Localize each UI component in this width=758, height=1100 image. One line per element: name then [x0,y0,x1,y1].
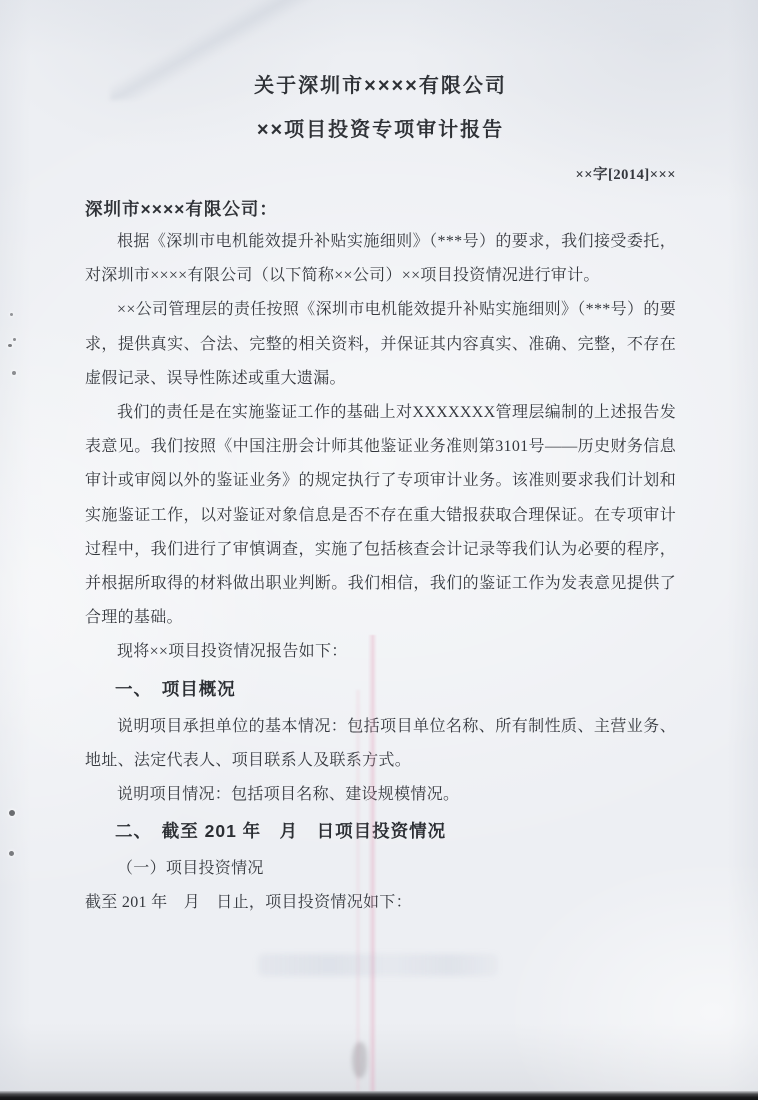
scan-smudge [352,1042,367,1078]
paragraph-report-intro: 现将××项目投资情况报告如下： [85,635,676,669]
paragraph-project-unit-info: 说明项目承担单位的基本情况：包括项目单位名称、所有制性质、主营业务、地址、法定代… [85,710,676,778]
staple-hole [8,344,12,347]
paragraph-auditor-responsibility: 我们的责任是在实施鉴证工作的基础上对XXXXXXX管理层编制的上述报告发表意见。… [85,396,676,635]
document-content: 关于深圳市××××有限公司 ××项目投资专项审计报告 ××字[2014]××× … [85,0,676,921]
scanned-document-page: 关于深圳市××××有限公司 ××项目投资专项审计报告 ××字[2014]××× … [0,0,758,1100]
bleed-through-text [258,954,498,976]
paragraph-project-info: 说明项目情况：包括项目名称、建设规模情况。 [85,778,676,812]
staple-hole [13,338,16,341]
paragraph-investment-as-of: 截至 201 年 月 日止，项目投资情况如下： [85,886,676,920]
punch-hole [9,851,14,856]
staple-hole [12,371,16,375]
punch-hole [9,810,15,816]
paragraph-management-responsibility: ××公司管理层的责任按照《深圳市电机能效提升补贴实施细则》（***号）的要求，提… [85,293,676,396]
section-heading-project-overview: 一、 项目概况 [85,676,676,703]
scan-pink-streak-faint [356,690,360,1091]
paragraph-audit-basis: 根据《深圳市电机能效提升补贴实施细则》（***号）的要求，我们接受委托，对深圳市… [85,225,676,293]
staple-hole [10,313,13,316]
report-title-line-2: ××项目投资专项审计报告 [85,118,676,142]
salutation: 深圳市××××有限公司： [85,198,676,220]
subsection-heading-investment: （一）项目投资情况 [85,852,676,886]
report-title-line-1: 关于深圳市××××有限公司 [85,74,676,98]
document-number: ××字[2014]××× [85,166,676,184]
section-heading-investment-status: 二、 截至 201 年 月 日项目投资情况 [85,818,676,845]
scan-bottom-edge [0,1091,758,1100]
scan-pink-streak [368,635,377,1091]
